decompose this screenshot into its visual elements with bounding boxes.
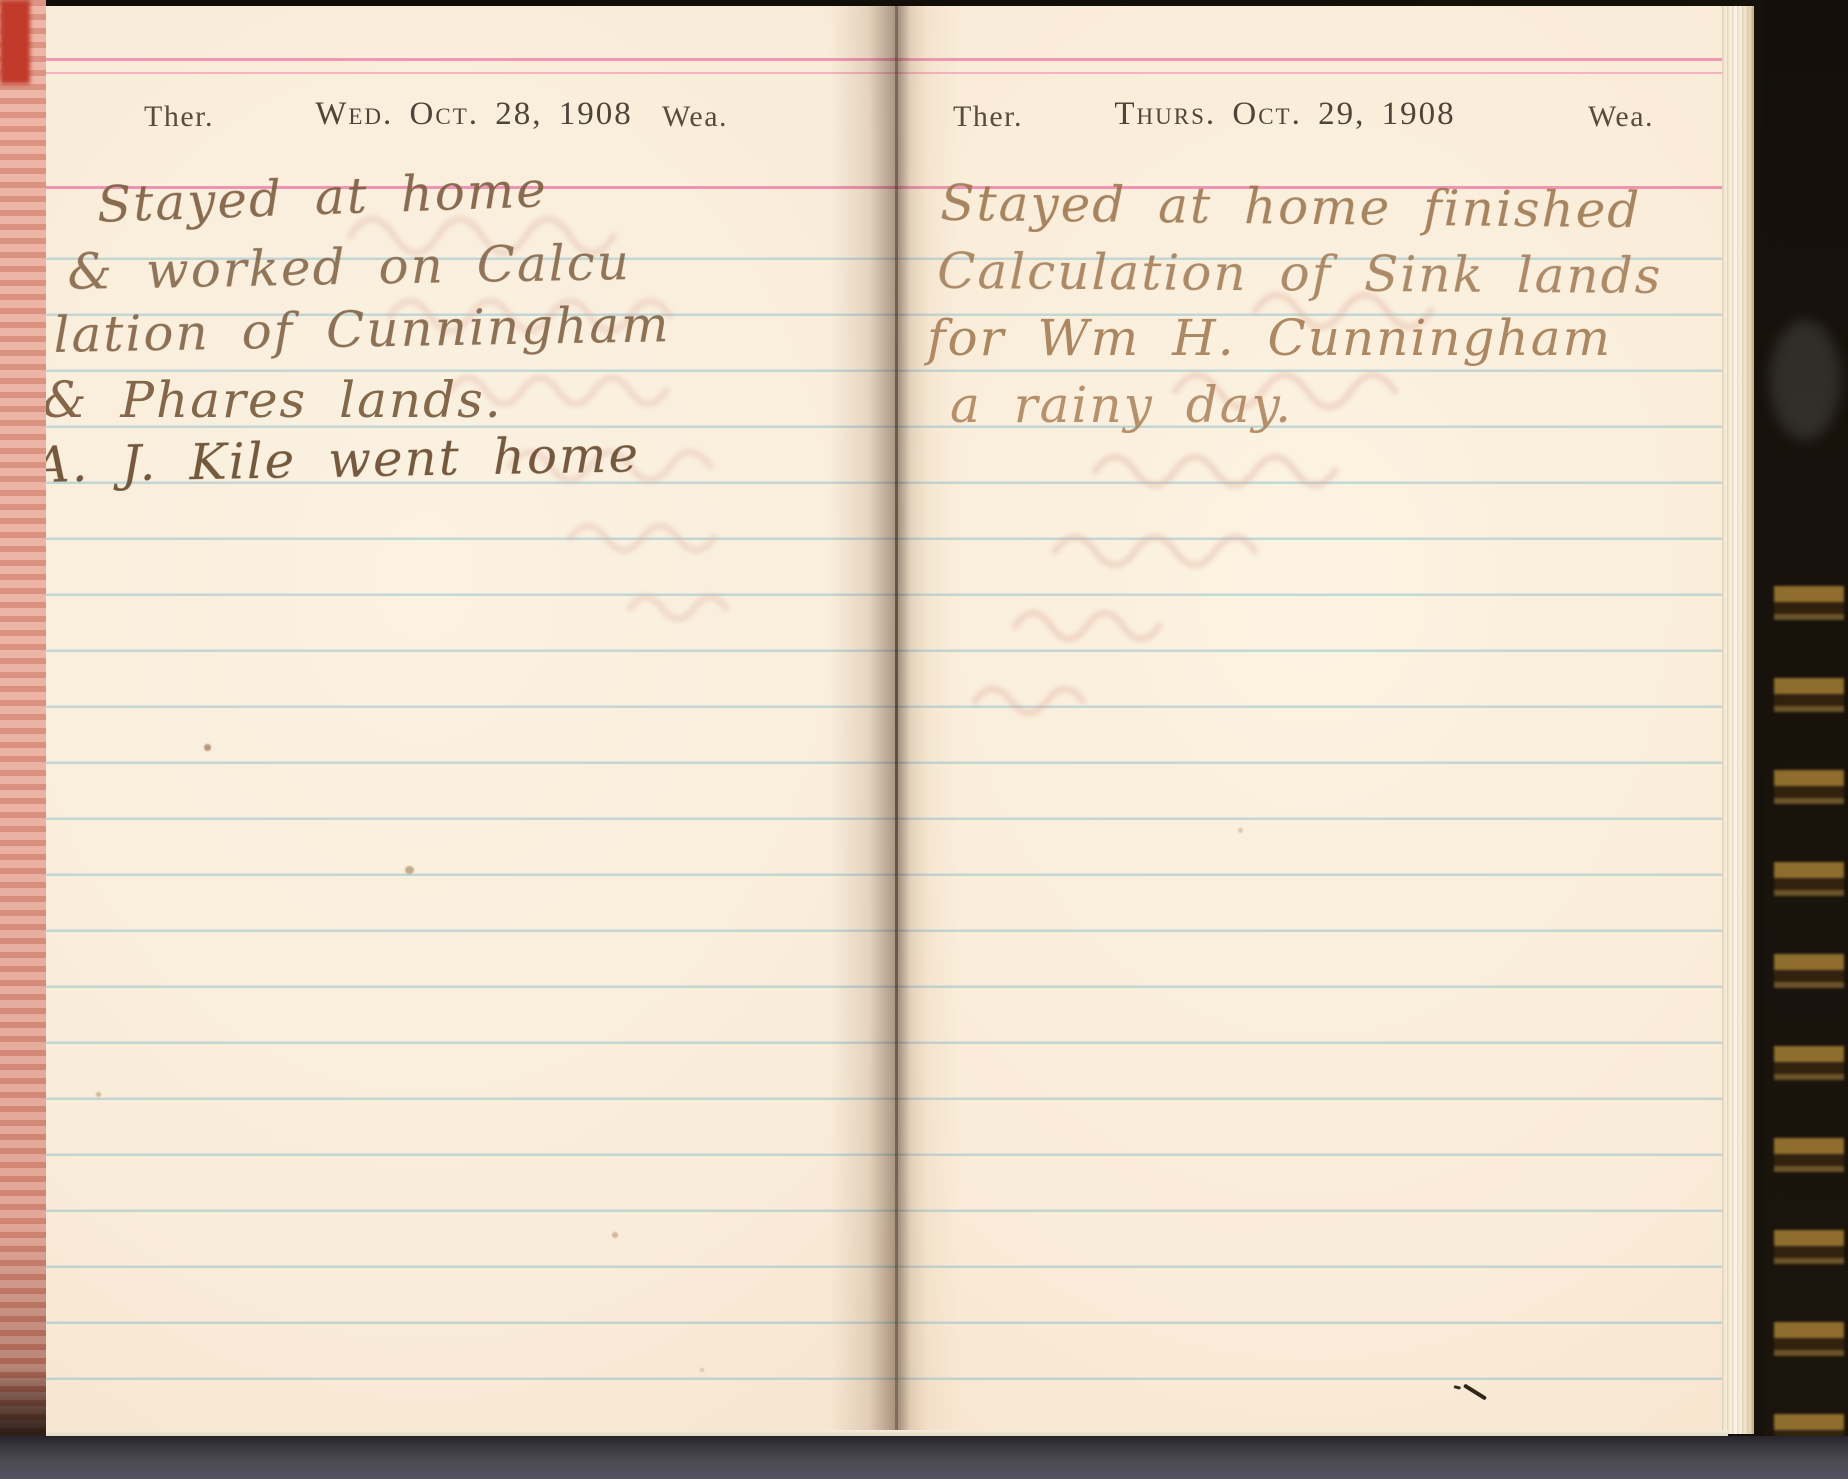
handwritten-line: for Wm H. Cunningham — [927, 309, 1612, 367]
foxing-spot — [96, 1092, 101, 1097]
gilt-spine-bands — [1774, 556, 1844, 1446]
right-date-heading: Thurs. Oct. 29, 1908 — [1085, 96, 1485, 133]
scanned-diary-photo: Ther. Wed. Oct. 28, 1908 Wea. Stayed at … — [0, 0, 1848, 1479]
page-stack-fore-edge — [1722, 6, 1754, 1434]
right-page-header: Ther. Thurs. Oct. 29, 1908 Wea. — [895, 94, 1730, 150]
foxing-spot — [612, 1232, 618, 1238]
handwritten-line: a rainy day. — [950, 376, 1293, 434]
handwritten-line: lation of Cunningham — [53, 295, 671, 364]
left-date-heading: Wed. Oct. 28, 1908 — [304, 96, 644, 133]
left-ther-label: Ther. — [144, 100, 214, 134]
pink-head-rule-lower — [40, 72, 895, 74]
table-surface — [0, 1436, 1848, 1479]
binding-highlight — [1770, 320, 1840, 440]
foxing-spot — [700, 1368, 704, 1372]
handwritten-line: & Phares lands. — [42, 371, 503, 429]
left-wea-label: Wea. — [662, 100, 728, 134]
handwritten-line: Calculation of Sink lands — [937, 242, 1663, 305]
pink-head-rule-upper — [40, 58, 895, 61]
binding-edge-dark — [1764, 0, 1848, 1479]
handwritten-line: & worked on Calcu — [67, 233, 631, 301]
right-ther-label: Ther. — [953, 100, 1023, 134]
foxing-spot — [204, 744, 211, 751]
right-wea-label: Wea. — [1588, 100, 1654, 134]
handwritten-line: Stayed at home finished — [940, 174, 1642, 239]
pink-head-rule-lower — [895, 72, 1730, 74]
handwritten-line: A. J. Kile went home — [33, 425, 640, 494]
foxing-spot — [405, 866, 414, 874]
left-page-header: Ther. Wed. Oct. 28, 1908 Wea. — [40, 94, 895, 150]
pink-head-rule-upper — [895, 58, 1730, 61]
diary-page-right: Ther. Thurs. Oct. 29, 1908 Wea. Stayed a… — [895, 6, 1730, 1434]
diary-open-book: Ther. Wed. Oct. 28, 1908 Wea. Stayed at … — [10, 6, 1754, 1434]
deckled-page-edge-left — [0, 0, 46, 1438]
foxing-spot — [1238, 828, 1243, 833]
diary-page-left: Ther. Wed. Oct. 28, 1908 Wea. Stayed at … — [40, 6, 895, 1434]
